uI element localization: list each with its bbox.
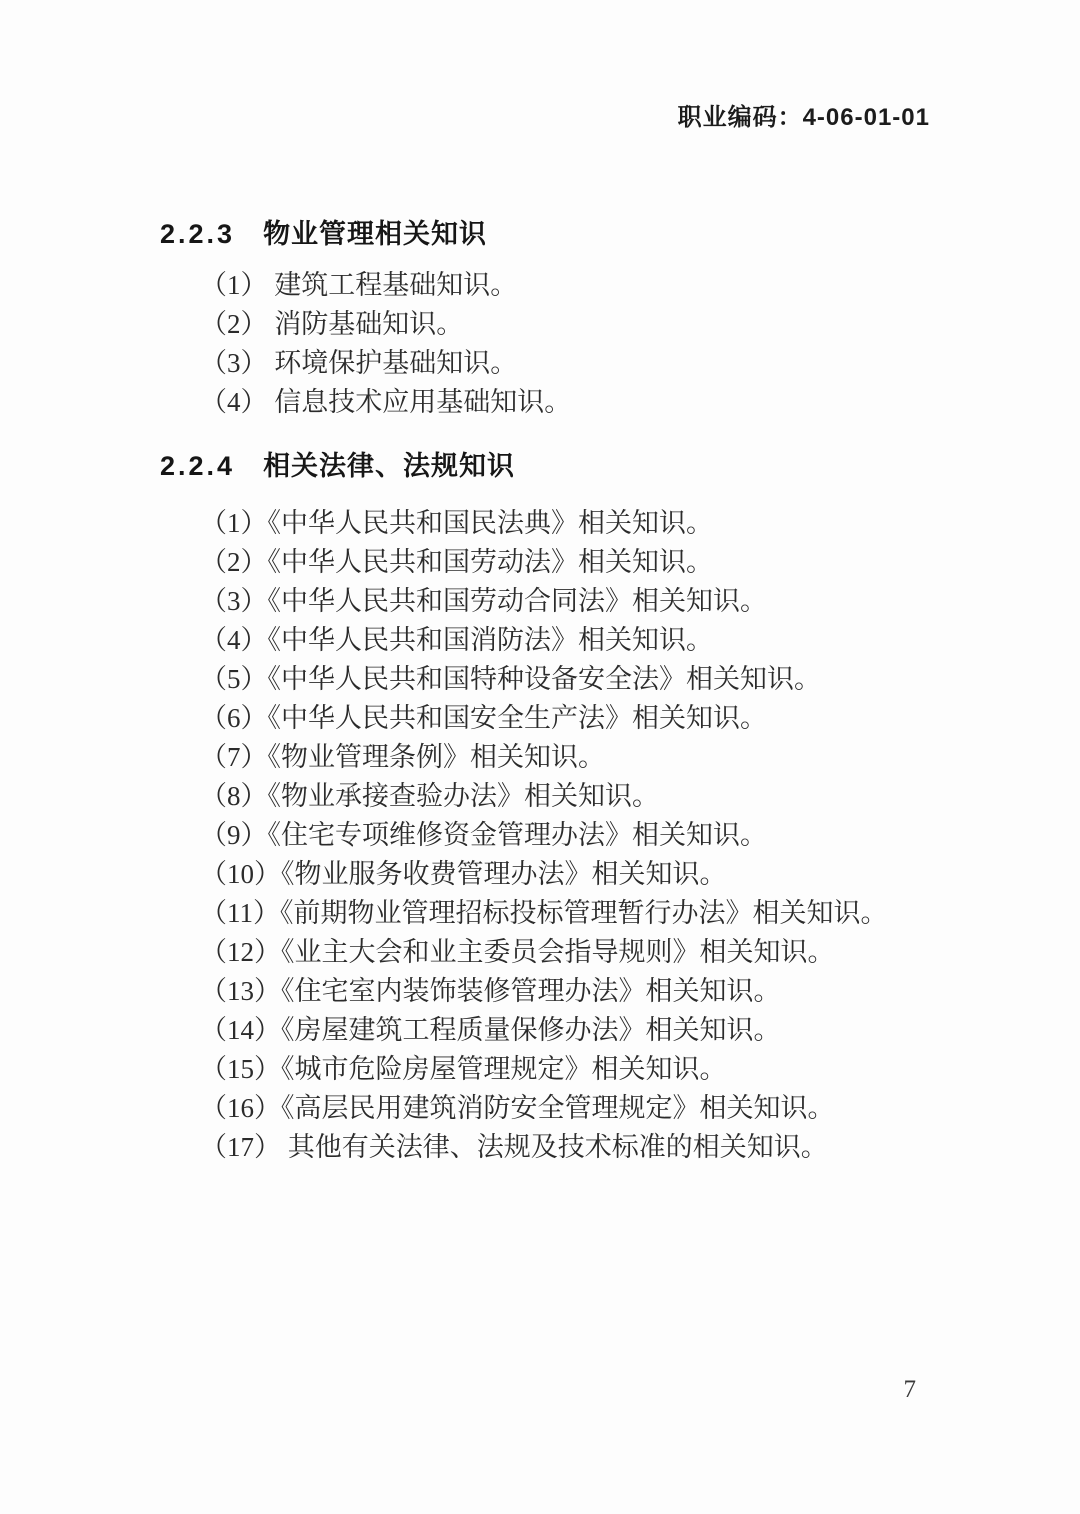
occupation-code-header: 职业编码：4-06-01-01 [678, 97, 930, 132]
list-item: （4）《中华人民共和国消防法》相关知识。 [200, 621, 1020, 660]
list-item: （5）《中华人民共和国特种设备安全法》相关知识。 [200, 660, 1020, 699]
list-item: （10）《物业服务收费管理办法》相关知识。 [200, 855, 1020, 894]
section-223-items: （1） 建筑工程基础知识。 （2） 消防基础知识。 （3） 环境保护基础知识。 … [200, 266, 1020, 422]
list-item: （13）《住宅室内装饰装修管理办法》相关知识。 [200, 972, 1020, 1011]
list-item: （14）《房屋建筑工程质量保修办法》相关知识。 [200, 1011, 1020, 1050]
list-item: （15）《城市危险房屋管理规定》相关知识。 [200, 1050, 1020, 1089]
list-item: （2）《中华人民共和国劳动法》相关知识。 [200, 543, 1020, 582]
list-item: （17） 其他有关法律、法规及技术标准的相关知识。 [200, 1128, 1020, 1167]
section-heading-224: 2.2.4相关法律、法规知识 [160, 444, 515, 483]
list-item: （16）《高层民用建筑消防安全管理规定》相关知识。 [200, 1089, 1020, 1128]
section-title: 物业管理相关知识 [263, 219, 487, 249]
list-item: （3） 环境保护基础知识。 [200, 344, 1020, 383]
list-item: （1） 建筑工程基础知识。 [200, 266, 1020, 305]
list-item: （11）《前期物业管理招标投标管理暂行办法》相关知识。 [200, 894, 1020, 933]
list-item: （3）《中华人民共和国劳动合同法》相关知识。 [200, 582, 1020, 621]
section-number: 2.2.3 [160, 219, 235, 249]
section-heading-223: 2.2.3物业管理相关知识 [160, 212, 487, 251]
section-title: 相关法律、法规知识 [263, 451, 515, 481]
list-item: （1）《中华人民共和国民法典》相关知识。 [200, 504, 1020, 543]
list-item: （8）《物业承接查验办法》相关知识。 [200, 777, 1020, 816]
page-number: 7 [904, 1376, 917, 1404]
section-number: 2.2.4 [160, 451, 235, 481]
list-item: （2） 消防基础知识。 [200, 305, 1020, 344]
document-page: 职业编码：4-06-01-01 2.2.3物业管理相关知识 （1） 建筑工程基础… [0, 0, 1080, 1514]
list-item: （9）《住宅专项维修资金管理办法》相关知识。 [200, 816, 1020, 855]
list-item: （7）《物业管理条例》相关知识。 [200, 738, 1020, 777]
list-item: （12）《业主大会和业主委员会指导规则》相关知识。 [200, 933, 1020, 972]
list-item: （4） 信息技术应用基础知识。 [200, 383, 1020, 422]
section-224-items: （1）《中华人民共和国民法典》相关知识。 （2）《中华人民共和国劳动法》相关知识… [200, 504, 1020, 1167]
list-item: （6）《中华人民共和国安全生产法》相关知识。 [200, 699, 1020, 738]
